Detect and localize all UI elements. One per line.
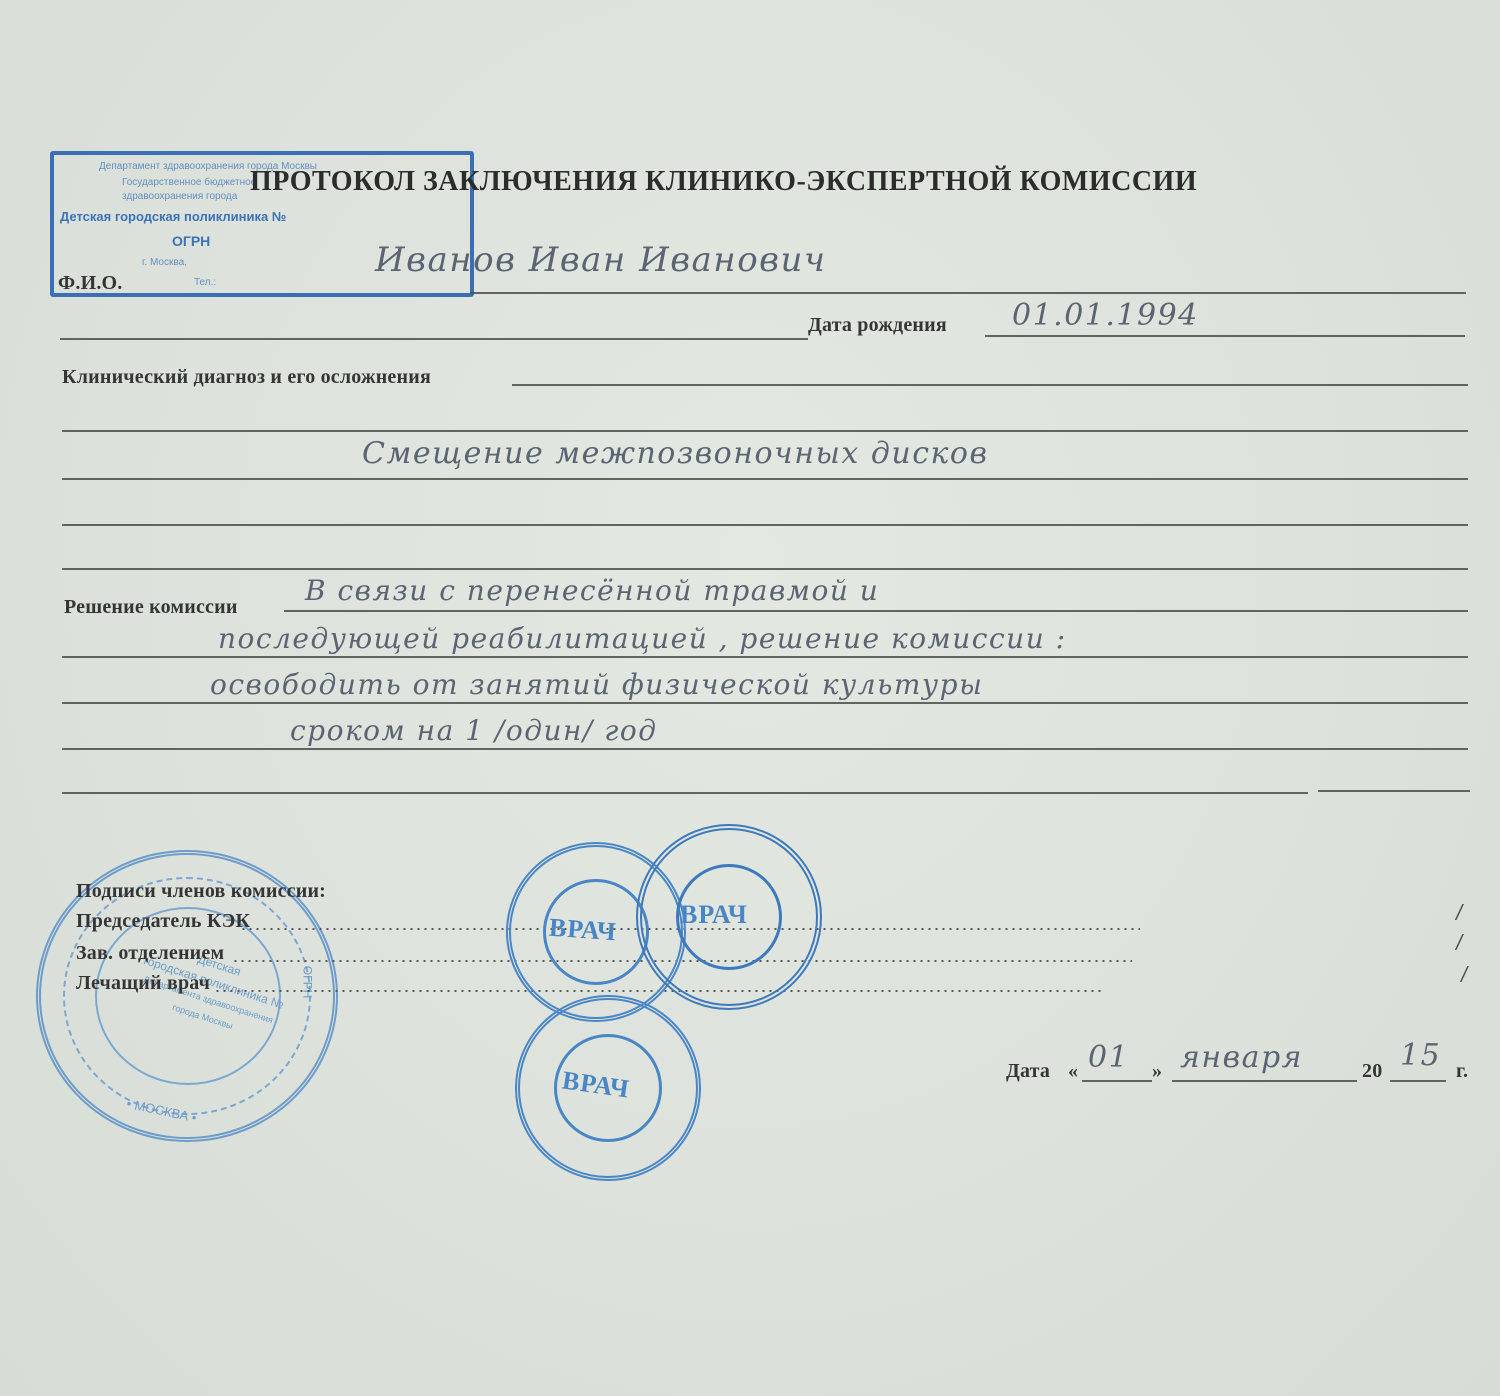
fio-value: Иванов Иван Иванович (375, 240, 827, 280)
date-open-quote: « (1068, 1060, 1078, 1083)
decision-rule (1318, 790, 1470, 792)
doctor-stamp-text: ВРАЧ (680, 900, 748, 930)
decision-rule (62, 702, 1468, 704)
date-year: 15 (1400, 1038, 1441, 1073)
document-title: ПРОТОКОЛ ЗАКЛЮЧЕНИЯ КЛИНИКО-ЭКСПЕРТНОЙ К… (250, 166, 1197, 198)
round-seal-ogrn: ОГРН (300, 966, 314, 999)
diagnosis-line (62, 430, 1468, 432)
signature-label-doctor: Лечащий врач (76, 972, 210, 995)
decision-rule (62, 792, 1308, 794)
decision-rule (62, 656, 1468, 658)
diagnosis-label: Клинический диагноз и его осложнения (62, 366, 431, 389)
doctor-stamp: ВРАЧ (515, 995, 701, 1181)
date-suffix: г. (1456, 1060, 1468, 1083)
clinic-stamp-city: г. Москва, (142, 257, 187, 268)
date-year-line (1390, 1080, 1446, 1082)
signature-label-head: Зав. отделением (76, 942, 224, 965)
decision-line-2: последующей реабилитацией , решение коми… (218, 622, 1067, 655)
clinic-stamp-line: здравоохранения города (122, 191, 237, 202)
decision-label: Решение комиссии (64, 596, 238, 619)
decision-rule (62, 748, 1468, 750)
signatures-heading: Подписи членов комиссии: (76, 880, 326, 903)
birth-date-line (985, 335, 1465, 337)
fio-line (470, 292, 1466, 294)
doctor-stamp-text: ВРАЧ (548, 913, 618, 948)
birth-date-label: Дата рождения (808, 314, 947, 337)
fio-line-2 (60, 338, 808, 340)
signature-end-doctor: / (1461, 962, 1467, 988)
fio-label: Ф.И.О. (58, 272, 123, 295)
decision-line-4: сроком на 1 /один/ год (290, 714, 658, 747)
document-page: Департамент здравоохранения города Москв… (0, 0, 1500, 1396)
decision-line-1: В связи с перенесённой травмой и (305, 574, 879, 607)
signature-end-head: / (1456, 930, 1462, 956)
birth-date-value: 01.01.1994 (1012, 298, 1199, 333)
date-label: Дата (1006, 1060, 1050, 1083)
date-day: 01 (1088, 1040, 1129, 1075)
diagnosis-value: Смещение межпозвоночных дисков (362, 436, 988, 471)
diagnosis-line (62, 568, 1468, 570)
clinic-stamp-ogrn: ОГРН (172, 233, 210, 249)
clinic-stamp-line: Государственное бюджетное (122, 177, 256, 188)
clinic-stamp-phone: Тел.: (194, 277, 216, 288)
decision-rule (284, 610, 1468, 612)
date-day-line (1082, 1080, 1152, 1082)
diagnosis-line (512, 384, 1468, 386)
signature-label-chair: Председатель КЭК (76, 910, 250, 933)
date-month-line (1172, 1080, 1357, 1082)
date-month: января (1180, 1040, 1303, 1075)
clinic-stamp-name: Детская городская поликлиника № (60, 209, 286, 224)
diagnosis-line (62, 478, 1468, 480)
signature-end-chair: / (1456, 900, 1462, 926)
diagnosis-line (62, 524, 1468, 526)
date-century: 20 (1362, 1060, 1382, 1083)
decision-line-3: освободить от занятий физической культур… (210, 668, 983, 701)
doctor-stamp: ВРАЧ (636, 824, 822, 1010)
date-close-quote: » (1152, 1060, 1162, 1083)
